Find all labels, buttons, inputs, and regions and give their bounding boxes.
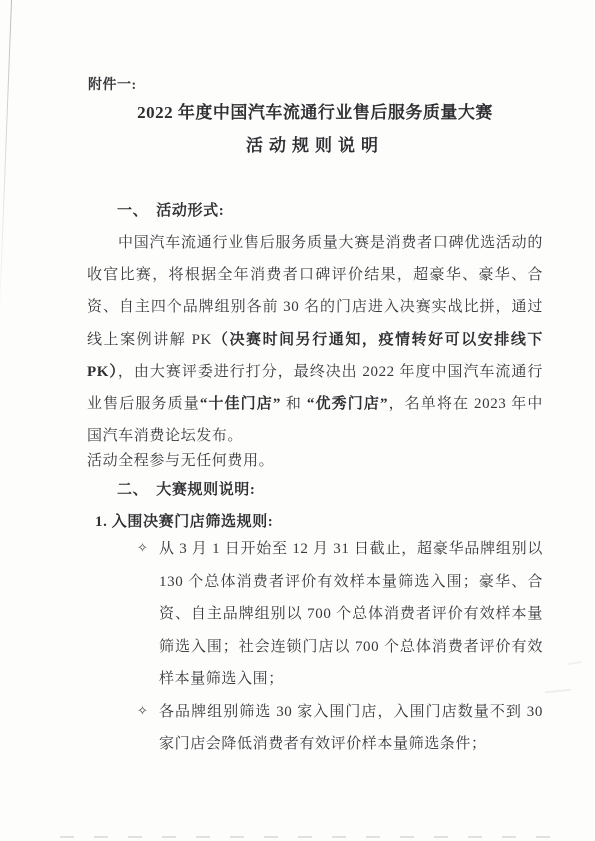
rule-1-heading: 1. 入围决赛门店筛选规则: bbox=[95, 510, 273, 531]
bullet-text: 从 3 月 1 日开始至 12 月 31 日截止，超豪华品牌组别以 130 个总… bbox=[159, 541, 543, 687]
bullet-item-sample-thresholds: ✧ 从 3 月 1 日开始至 12 月 31 日截止，超豪华品牌组别以 130 … bbox=[137, 533, 543, 696]
bullet-text: 各品牌组别筛选 30 家入围门店，入围门店数量不到 30 家门店会降低消费者有效… bbox=[159, 704, 543, 753]
intro-text-3: 和 bbox=[281, 396, 307, 412]
intro-bold-top-ten-stores: “十佳门店” bbox=[200, 396, 281, 412]
scan-artifact-bottom bbox=[60, 836, 560, 838]
intro-bold-excellent-stores: “优秀门店” bbox=[307, 396, 388, 412]
fee-note: 活动全程参与无任何费用。 bbox=[87, 445, 543, 477]
scan-artifact-smudge bbox=[568, 661, 582, 665]
section-heading-competition-rules: 二、 大赛规则说明: bbox=[117, 478, 256, 499]
intro-paragraph: 中国汽车流通行业售后服务质量大赛是消费者口碑优选活动的收官比赛，将根据全年消费者… bbox=[87, 227, 543, 452]
diamond-bullet-icon: ✧ bbox=[137, 696, 149, 729]
rule-1-bullet-list: ✧ 从 3 月 1 日开始至 12 月 31 日截止，超豪华品牌组别以 130 … bbox=[137, 533, 543, 761]
scan-artifact-left-edge bbox=[0, 0, 12, 322]
diamond-bullet-icon: ✧ bbox=[137, 533, 149, 566]
attachment-label: 附件一: bbox=[88, 74, 137, 94]
document-title-line1: 2022 年度中国汽车流通行业售后服务质量大赛 bbox=[87, 98, 543, 123]
document-page: 附件一: 2022 年度中国汽车流通行业售后服务质量大赛 活动规则说明 一、 活… bbox=[0, 0, 595, 841]
scan-artifact-smudge bbox=[545, 689, 571, 694]
section-heading-activity-format: 一、 活动形式: bbox=[117, 199, 224, 220]
document-title-line2: 活动规则说明 bbox=[87, 131, 543, 156]
bullet-item-store-count: ✧ 各品牌组别筛选 30 家入围门店，入围门店数量不到 30 家门店会降低消费者… bbox=[137, 696, 543, 761]
